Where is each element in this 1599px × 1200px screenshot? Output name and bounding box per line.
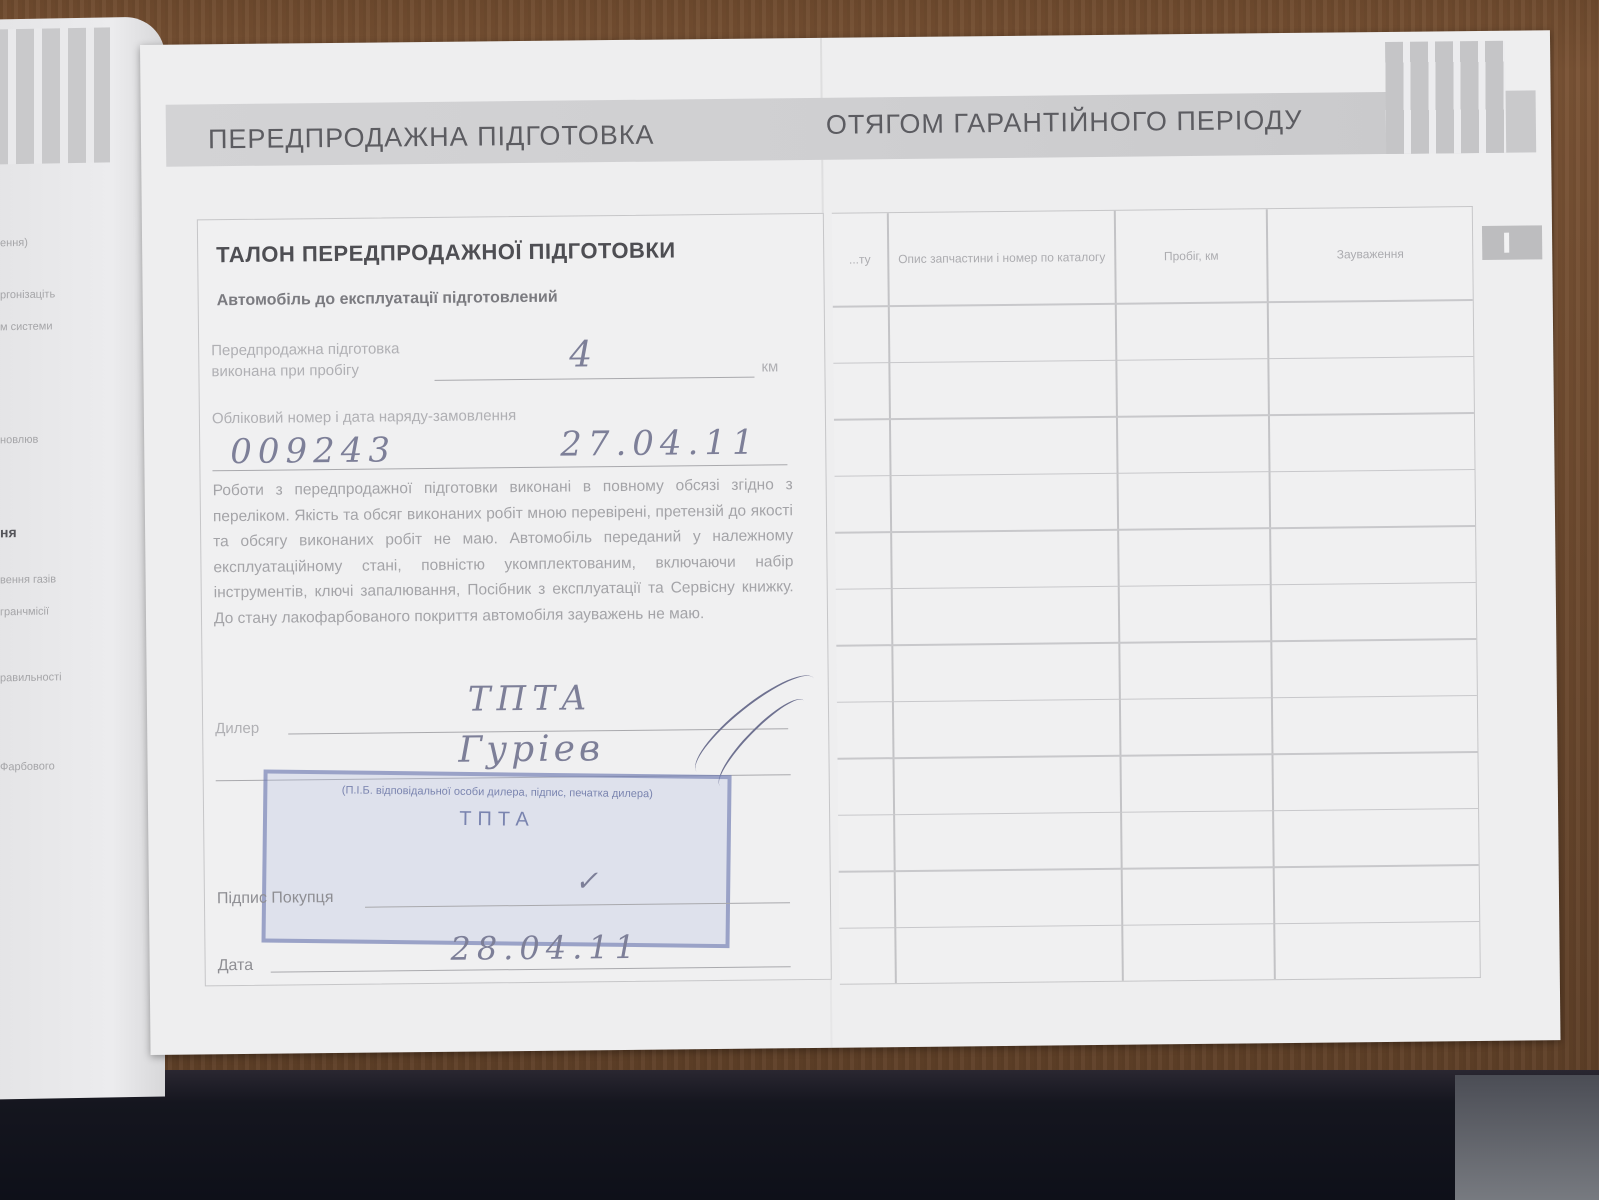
column-divider [887, 213, 897, 983]
left-page-fragment: вення газів [0, 573, 56, 586]
coupon-subtitle: Автомобіль до експлуатації підготовлений [217, 289, 558, 311]
left-page-fragment: ення) [0, 237, 28, 249]
dealer-stamp: (П.І.Б. відповідальної особи дилера, під… [262, 769, 732, 948]
table-row [838, 808, 1478, 816]
table-row [838, 751, 1478, 759]
table-row [836, 582, 1476, 590]
buyer-signature[interactable]: ✓ [575, 864, 605, 897]
mileage-label-line1: Передпродажна підготовка [211, 338, 399, 361]
dealer-label: Дилер [215, 718, 259, 739]
service-records-table: ...ту Опис запчастини і номер по каталог… [832, 206, 1481, 985]
order-number[interactable]: 009243 [230, 430, 396, 472]
column-divider [1114, 211, 1124, 981]
mileage-unit: км [761, 356, 778, 377]
table-row [837, 695, 1477, 703]
buyer-signature-label: Підпис Покупця [217, 887, 334, 909]
left-page-fragment: м системи [0, 320, 53, 333]
header-band: ПЕРЕДПРОДАЖНА ПІДГОТОВКА ОТЯГОМ ГАРАНТІЙ… [166, 90, 1537, 166]
column-header: Опис запчастини і номер по каталогу [889, 211, 1115, 305]
left-page-fragment: Фарбового [0, 760, 55, 773]
dark-cloth [0, 1070, 1599, 1200]
date-label: Дата [218, 955, 254, 976]
table-row [839, 864, 1479, 872]
stamp-hint: (П.І.Б. відповідальної особи дилера, під… [287, 784, 707, 801]
table-row [834, 412, 1474, 420]
presale-coupon: ТАЛОН ПЕРЕДПРОДАЖНОЇ ПІДГОТОВКИ Автомобі… [197, 213, 832, 987]
table-row [836, 638, 1476, 646]
left-page-fragment: ня [0, 524, 17, 540]
coupon-statement: Роботи з передпродажної підготовки викон… [213, 472, 795, 631]
previous-page: ення) ргонізаціть м системи новлюв ня ве… [0, 16, 165, 1099]
cloth-edge [1455, 1075, 1599, 1200]
column-header: Пробіг, км [1116, 209, 1267, 303]
section-title-right: ОТЯГОМ ГАРАНТІЙНОГО ПЕРІОДУ [826, 105, 1303, 141]
stamp-name: ТПТА [287, 806, 707, 834]
service-book-page: ПЕРЕДПРОДАЖНА ПІДГОТОВКА ОТЯГОМ ГАРАНТІЙ… [140, 30, 1560, 1055]
table-row [833, 356, 1473, 364]
table-row [835, 469, 1475, 477]
mileage-label: Передпродажна підготовка виконана при пр… [211, 338, 400, 382]
mileage-label-line2: виконана при пробігу [211, 359, 399, 382]
left-page-fragment: новлюв [0, 434, 38, 447]
table-row [839, 921, 1479, 929]
dealer-signature[interactable]: Гуріев [458, 728, 604, 771]
mileage-field-line [435, 377, 755, 381]
column-header: ...ту [832, 213, 888, 306]
order-date[interactable]: 27.04.11 [560, 423, 760, 465]
column-header: Зауваження [1268, 207, 1473, 301]
mileage-value[interactable]: 4 [569, 334, 598, 375]
left-page-fragment: ргонізаціть [0, 288, 55, 301]
dealer-handwritten[interactable]: ТПТА [468, 678, 593, 719]
left-page-fragment: равильності [0, 671, 62, 684]
page-stripes-decoration [0, 27, 110, 164]
column-divider [1266, 209, 1276, 979]
left-page-fragment: гранчмісії [0, 605, 49, 618]
chapter-tab-glyph [1504, 233, 1509, 253]
order-label: Обліковий номер і дата наряду-замовлення [212, 405, 517, 429]
table-row [835, 525, 1475, 533]
section-title-left: ПЕРЕДПРОДАЖНА ПІДГОТОВКА [208, 120, 655, 156]
date-field-line [271, 966, 791, 972]
coupon-title: ТАЛОН ПЕРЕДПРОДАЖНОЇ ПІДГОТОВКИ [216, 237, 676, 268]
header-stripes-decoration [1385, 41, 1506, 154]
date-handwritten[interactable]: 28.04.11 [450, 928, 641, 968]
chapter-tab-marker [1482, 225, 1542, 260]
